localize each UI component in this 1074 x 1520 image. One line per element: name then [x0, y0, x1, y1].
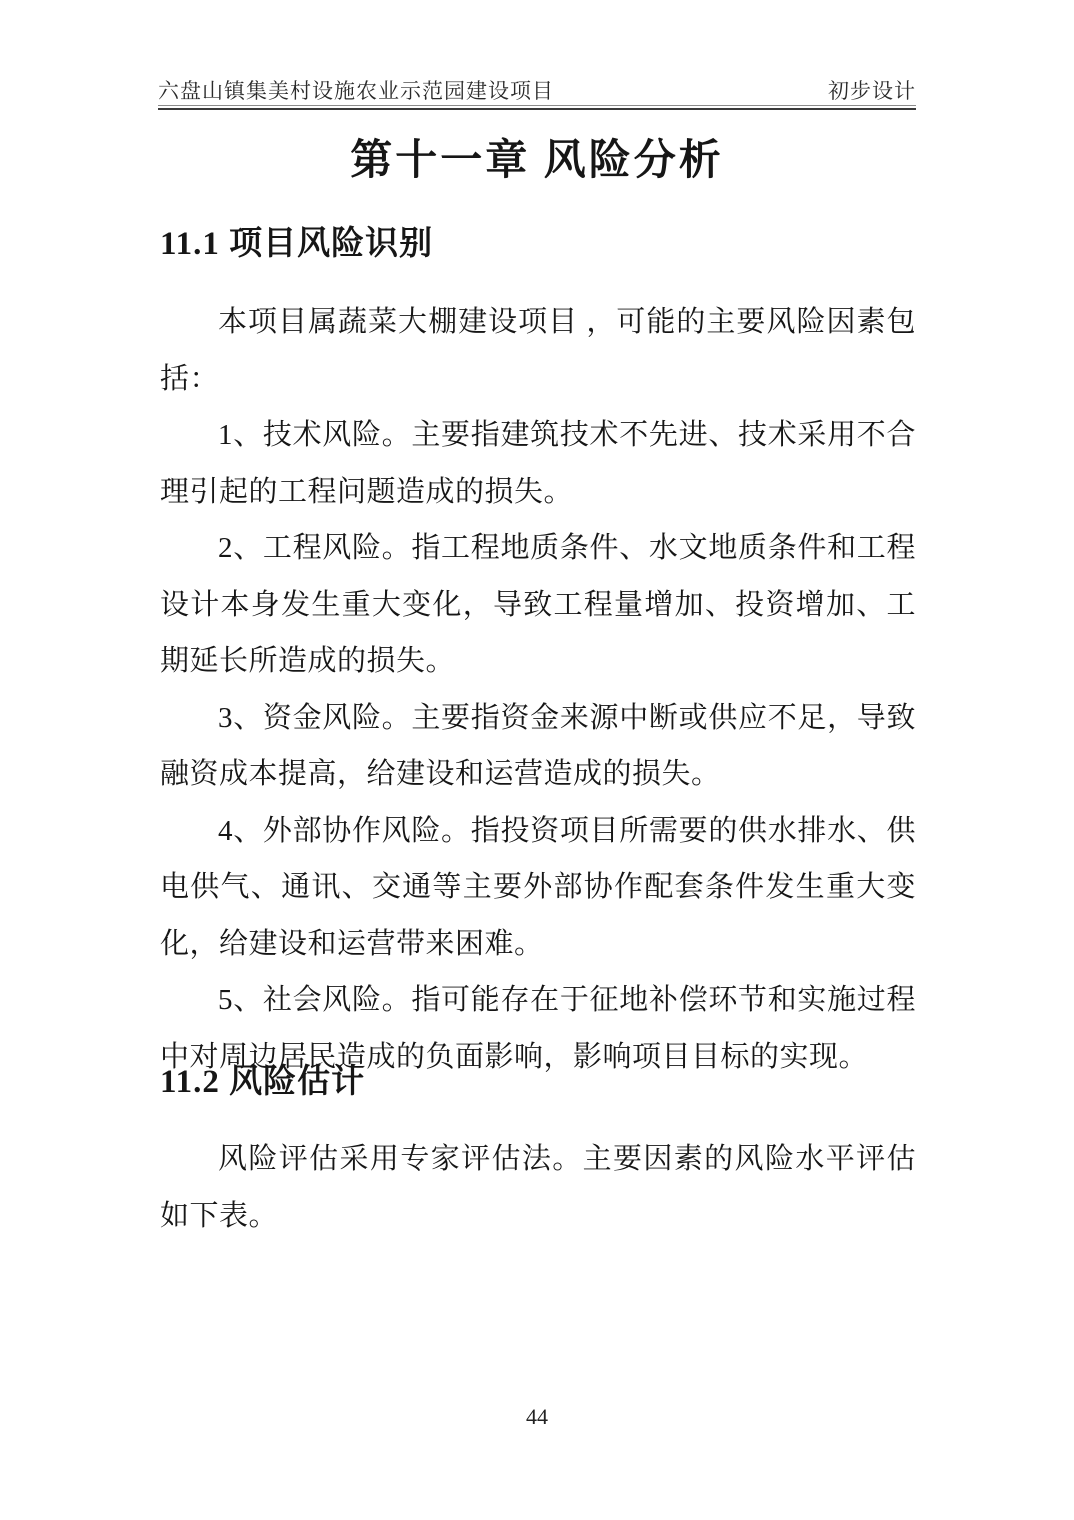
body-paragraph: 本项目属蔬菜大棚建设项目 ，可能的主要风险因素包括： — [160, 294, 916, 407]
header-rule — [158, 105, 916, 110]
body-paragraph: 1、技术风险。主要指建筑技术不先进、技术采用不合理引起的工程问题造成的损失。 — [160, 407, 916, 520]
document-page: 六盘山镇集美村设施农业示范园建设项目 初步设计 第十一章 风险分析 11.1 项… — [0, 0, 1074, 1520]
body-paragraph: 4、外部协作风险。指投资项目所需要的供水排水、供电供气、通讯、交通等主要外部协作… — [160, 803, 916, 973]
header-doc-type: 初步设计 — [828, 80, 916, 103]
page-header: 六盘山镇集美村设施农业示范园建设项目 初步设计 — [158, 80, 916, 110]
section-11-2-body: 风险评估采用专家评估法。主要因素的风险水平评估如下表。 — [160, 1131, 916, 1244]
body-paragraph: 3、资金风险。主要指资金来源中断或供应不足，导致融资成本提高，给建设和运营造成的… — [160, 690, 916, 803]
page-number: 44 — [0, 1404, 1074, 1430]
body-paragraph: 风险评估采用专家评估法。主要因素的风险水平评估如下表。 — [160, 1131, 916, 1244]
chapter-title: 第十一章 风险分析 — [0, 134, 1074, 188]
body-paragraph: 2、工程风险。指工程地质条件、水文地质条件和工程设计本身发生重大变化，导致工程量… — [160, 520, 916, 690]
section-11-1-body: 本项目属蔬菜大棚建设项目 ，可能的主要风险因素包括： 1、技术风险。主要指建筑技… — [160, 294, 916, 1085]
header-project-title: 六盘山镇集美村设施农业示范园建设项目 — [158, 80, 554, 103]
section-heading-11-1: 11.1 项目风险识别 — [160, 222, 920, 266]
section-heading-11-2: 11.2 风险估计 — [160, 1060, 920, 1104]
